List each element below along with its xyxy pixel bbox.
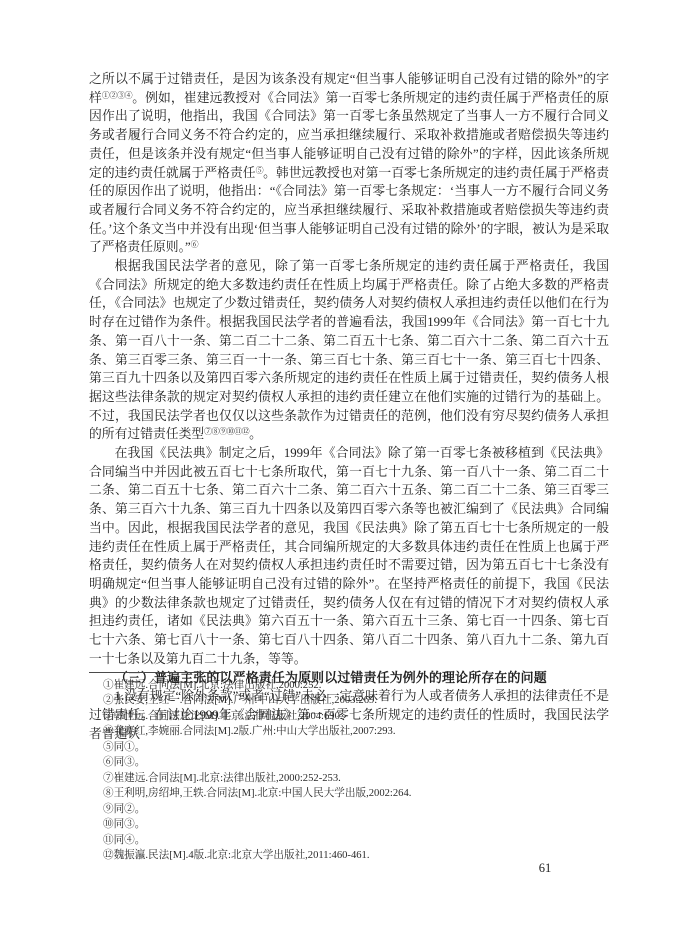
paragraph-continuation: 之所以不属于过错责任，是因为该条没有规定“但当事人能够证明自己没有过错的除外”的…: [89, 70, 609, 257]
footnote-3: ③韩世远.合同法总论[M].北京:法律出版社,2004:690.: [89, 709, 609, 724]
footnote-10: ⑩同③。: [89, 817, 609, 832]
footnotes-block: ①崔建远.合同法[M].北京:法律出版社,2000:252. ②张民安,王红一.…: [89, 678, 609, 863]
footnote-6: ⑥同③。: [89, 755, 609, 770]
body-text-block: 之所以不属于过错责任，是因为该条没有规定“但当事人能够证明自己没有过错的除外”的…: [89, 70, 609, 743]
footnote-11: ⑪同④。: [89, 833, 609, 848]
paragraph-3: 在我国《民法典》制定之后，1999年《合同法》除了第一百零七条被移植到《民法典》…: [89, 444, 609, 668]
footnote-2: ②张民安,王红一.合同法[M].广州:中山大学出版社,2003:269.: [89, 693, 609, 708]
footnote-ref-7-12: ⑦⑧⑨⑩⑪⑫: [204, 427, 249, 436]
footnote-5: ⑤同①。: [89, 740, 609, 755]
page-number: 61: [515, 861, 575, 876]
text-run: 。: [249, 427, 262, 441]
footnote-ref-6: ⑥: [191, 240, 199, 249]
footnote-ref-5: ⑤: [256, 166, 264, 175]
footnote-1: ①崔建远.合同法[M].北京:法律出版社,2000:252.: [89, 678, 609, 693]
footnote-ref-1-4: ①②③④: [102, 91, 132, 100]
text-run: 在我国《民法典》制定之后，1999年《合同法》除了第一百零七条被移植到《民法典》…: [89, 446, 609, 666]
footnote-4: ④龚赛红,李婉丽.合同法[M].2版.广州:中山大学出版社,2007:293.: [89, 724, 609, 739]
footnote-7: ⑦崔建远.合同法[M].北京:法律出版社,2000:252-253.: [89, 771, 609, 786]
scanned-paper-page: 之所以不属于过错责任，是因为该条没有规定“但当事人能够证明自己没有过错的除外”的…: [0, 0, 700, 943]
footnote-divider-rule: [89, 672, 228, 673]
footnote-9: ⑨同②。: [89, 802, 609, 817]
footnote-8: ⑧王利明,房绍坤,王轶.合同法[M].北京:中国人民大学出版,2002:264.: [89, 786, 609, 801]
text-run: 根据我国民法学者的意见，除了第一百零七条所规定的违约责任属于严格责任，我国《合同…: [89, 259, 609, 441]
paragraph-2: 根据我国民法学者的意见，除了第一百零七条所规定的违约责任属于严格责任，我国《合同…: [89, 257, 609, 444]
